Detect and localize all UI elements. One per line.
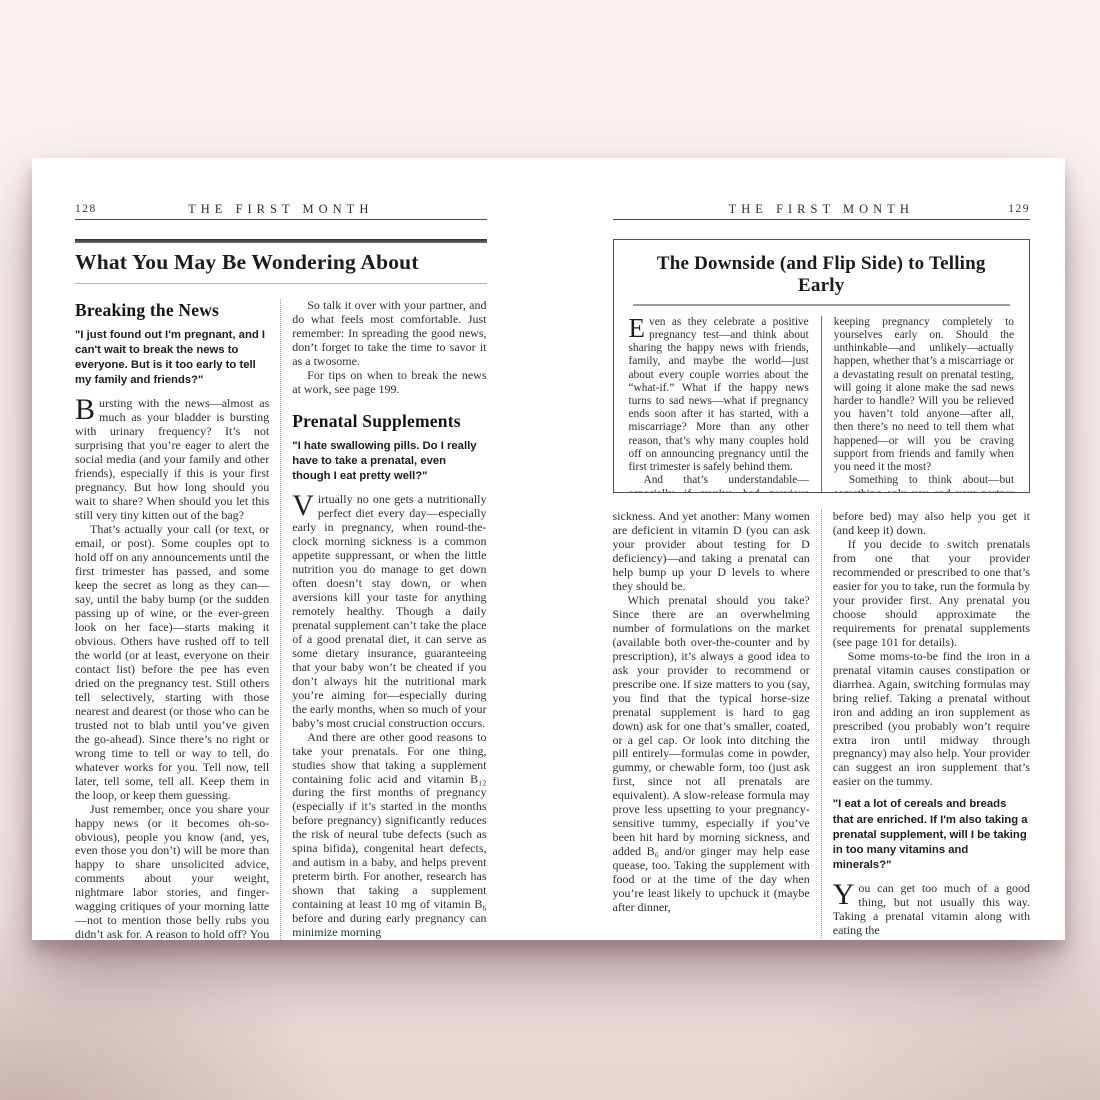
running-head-title-left: THE FIRST MONTH — [188, 202, 373, 217]
paragraph: Just remember, once you share your happy… — [75, 803, 269, 940]
paragraph: You can get too much of a good thing, bu… — [833, 882, 1030, 938]
paragraph-text: ursting with the news—almost as much as … — [75, 396, 269, 522]
paragraph-text: irtually no one gets a nutritionally per… — [292, 492, 486, 730]
paragraph: sickness. And yet another: Many women ar… — [613, 510, 810, 594]
paragraph: Something to think about—but something o… — [834, 474, 1014, 493]
right-column-2: before bed) may also help you get it (an… — [821, 510, 1030, 938]
paragraph: And that’s understandable—especially if … — [629, 474, 809, 493]
paragraph: Bursting with the news—almost as much as… — [75, 397, 269, 523]
left-page-columns: Breaking the News "I just found out I'm … — [75, 299, 487, 940]
section-heading-prenatal-supplements: Prenatal Supplements — [292, 412, 486, 431]
title-rule-thick — [75, 239, 487, 243]
page-left: 128 THE FIRST MONTH What You May Be Wond… — [32, 158, 549, 940]
question-quote-prenatal: "I hate swallowing pills. Do I really ha… — [292, 439, 486, 484]
callout-box-title: The Downside (and Flip Side) to Telling … — [633, 253, 1011, 306]
paragraph: For tips on when to break the news at wo… — [292, 369, 486, 397]
dropcap-v: V — [292, 493, 318, 518]
dropcap-b: B — [75, 397, 99, 422]
question-quote-enriched-foods: "I eat a lot of cereals and breads that … — [833, 797, 1030, 873]
paragraph-text: ven as they celebrate a positive pregnan… — [629, 316, 809, 473]
callout-box-telling-early: The Downside (and Flip Side) to Telling … — [613, 239, 1031, 493]
chapter-title-block: What You May Be Wondering About — [75, 239, 487, 284]
question-quote-breaking-news: "I just found out I'm pregnant, and I ca… — [75, 328, 269, 389]
dropcap-y: Y — [833, 882, 859, 907]
right-page-columns: sickness. And yet another: Many women ar… — [613, 510, 1031, 938]
page-number-left: 128 — [75, 203, 97, 215]
paragraph: Which prenatal should you take? Since th… — [613, 594, 810, 915]
left-column-1: Breaking the News "I just found out I'm … — [75, 299, 269, 940]
running-head-left: 128 THE FIRST MONTH — [75, 202, 487, 220]
paragraph: Even as they celebrate a positive pregna… — [629, 316, 809, 475]
paragraph: If you decide to switch prenatals from o… — [833, 538, 1030, 650]
section-heading-breaking-the-news: Breaking the News — [75, 301, 269, 320]
paragraph: Some moms-to-be find the iron in a prena… — [833, 650, 1030, 790]
page-right: THE FIRST MONTH 129 The Downside (and Fl… — [549, 158, 1066, 940]
paragraph-text: ou can get too much of a good thing, but… — [833, 881, 1030, 937]
callout-column-2: keeping pregnancy completely to yourselv… — [821, 316, 1014, 493]
callout-column-1: Even as they celebrate a positive pregna… — [629, 316, 809, 493]
paragraph: Virtually no one gets a nutritionally pe… — [292, 493, 486, 730]
running-head-title-right: THE FIRST MONTH — [729, 202, 914, 217]
paragraph: keeping pregnancy completely to yourselv… — [834, 316, 1014, 475]
callout-box-columns: Even as they celebrate a positive pregna… — [629, 316, 1015, 493]
page-number-right: 129 — [1008, 203, 1030, 215]
book-spread: 128 THE FIRST MONTH What You May Be Wond… — [32, 158, 1065, 940]
paragraph: before bed) may also help you get it (an… — [833, 510, 1030, 538]
paragraph: So talk it over with your partner, and d… — [292, 299, 486, 369]
paragraph: And there are other good reasons to take… — [292, 731, 486, 940]
right-column-1: sickness. And yet another: Many women ar… — [613, 510, 810, 938]
main-title: What You May Be Wondering About — [75, 250, 487, 284]
dropcap-e: E — [629, 316, 650, 339]
running-head-right: THE FIRST MONTH 129 — [613, 202, 1031, 220]
left-column-2: So talk it over with your partner, and d… — [280, 299, 486, 940]
paragraph: That’s actually your call (or text, or e… — [75, 523, 269, 802]
